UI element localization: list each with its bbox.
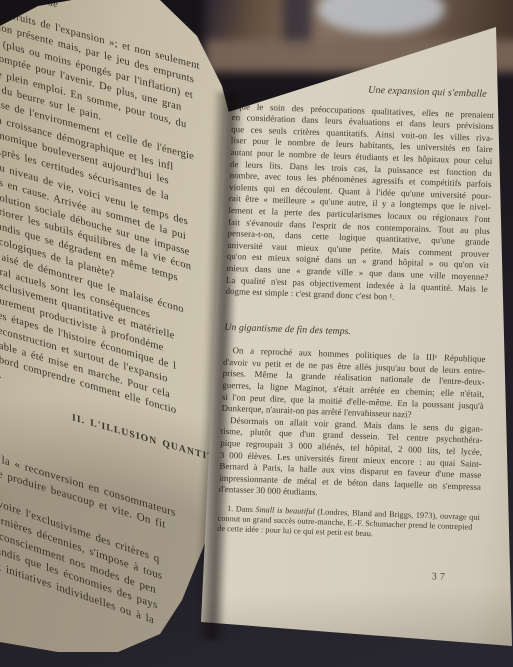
footnote-number: 1. Dans — [227, 504, 256, 514]
paragraph-1: tique le soin des préoccupations qualita… — [226, 101, 494, 296]
page-number: 37 — [216, 563, 478, 584]
footnote-book-title: Small is beautiful — [255, 505, 315, 516]
right-section-heading: Un gigantisme de fin des temps. — [224, 322, 486, 343]
right-running-header: Une expansion qui s'emballe — [233, 80, 495, 101]
right-page-text: Une expansion qui s'emballe tique le soi… — [216, 80, 495, 584]
paragraph-3: Désormais on allait voir grand. Mais dan… — [219, 415, 483, 494]
book-photo: ué s « fruits de l'expansion »; et non s… — [0, 0, 513, 667]
left-running-header-fragment: ué — [48, 0, 58, 13]
footnote: 1. Dans Small is beautiful (Londres, Bla… — [217, 504, 480, 544]
paragraph-2: On a reproché aux hommes politiques de l… — [222, 345, 486, 412]
